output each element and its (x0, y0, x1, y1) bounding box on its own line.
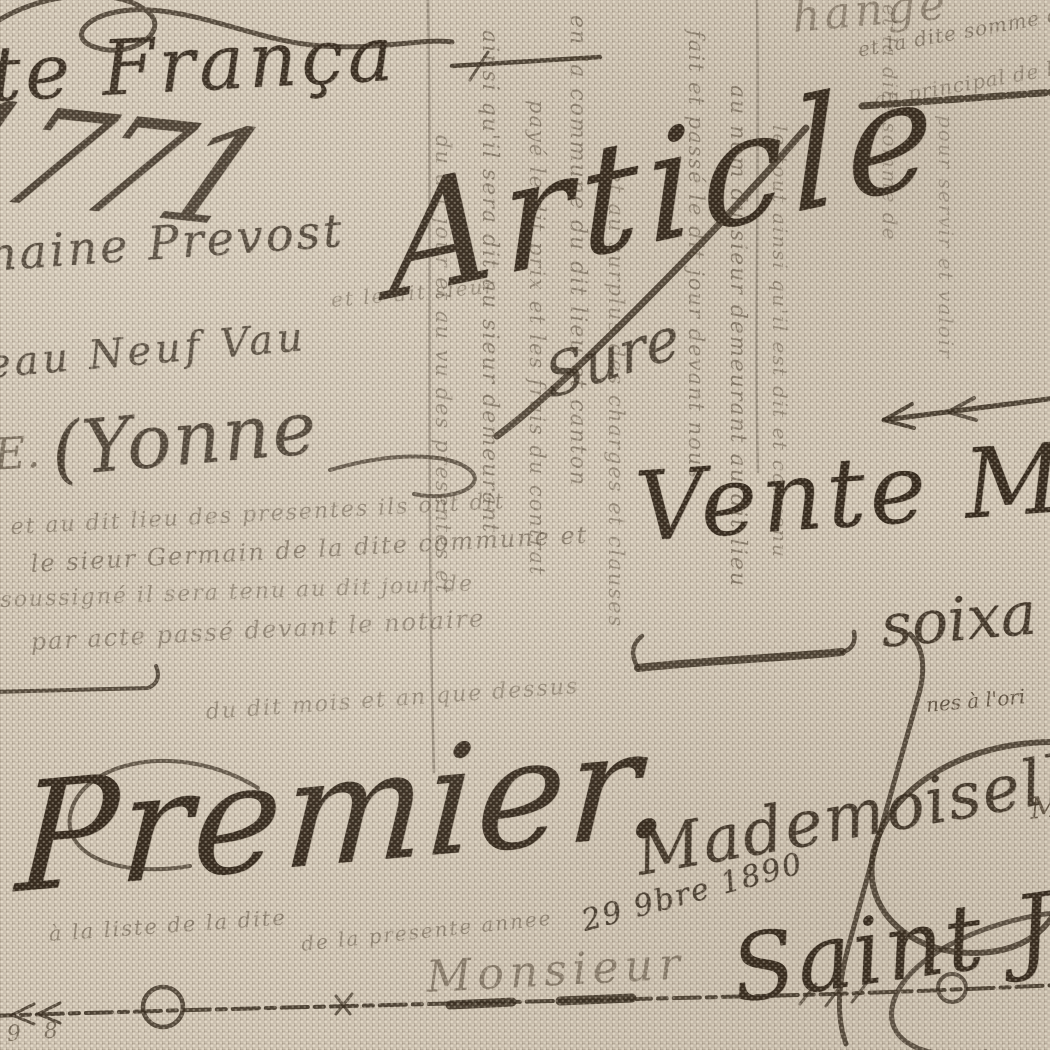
bottom-rule-ring (143, 987, 183, 1027)
left-rule-line (0, 666, 158, 692)
mid-right-rule (638, 652, 842, 668)
vertical-script-column: et la dite somme de (878, 4, 902, 241)
vertical-script-column: au nom du sieur demeurant au dit lieu (725, 85, 750, 588)
script-m-edge: M (1028, 789, 1050, 827)
vertical-script-column: payé le dit prix et les frais du contrat (525, 100, 549, 576)
vertical-script-column: ainsi qu'il sera dit au sieur demeurant (477, 30, 502, 534)
vertical-script-column: du dit jour et au vu des presentes et (431, 135, 455, 595)
printed-script-ink-layer: te França 1771 naine Prevost eau Neuf Va… (0, 0, 1050, 1050)
vertical-script-column: fait et passé le dit jour devant nous (684, 30, 708, 480)
vertical-script-column: et au surplus des charges et clauses (604, 170, 628, 628)
french-script-linen-fabric: te França 1771 naine Prevost eau Neuf Va… (0, 0, 1050, 1050)
vertical-script-column: le tout ainsi qu'il est dit et convenu (768, 125, 792, 559)
script-soixa: soixa (878, 578, 1039, 661)
vertical-script-column: pour servir et valoir (934, 115, 958, 360)
vertical-script-column: en la commune du dit lieu et canton (565, 15, 590, 487)
script-nine-eight: 9 8 (6, 1018, 67, 1047)
